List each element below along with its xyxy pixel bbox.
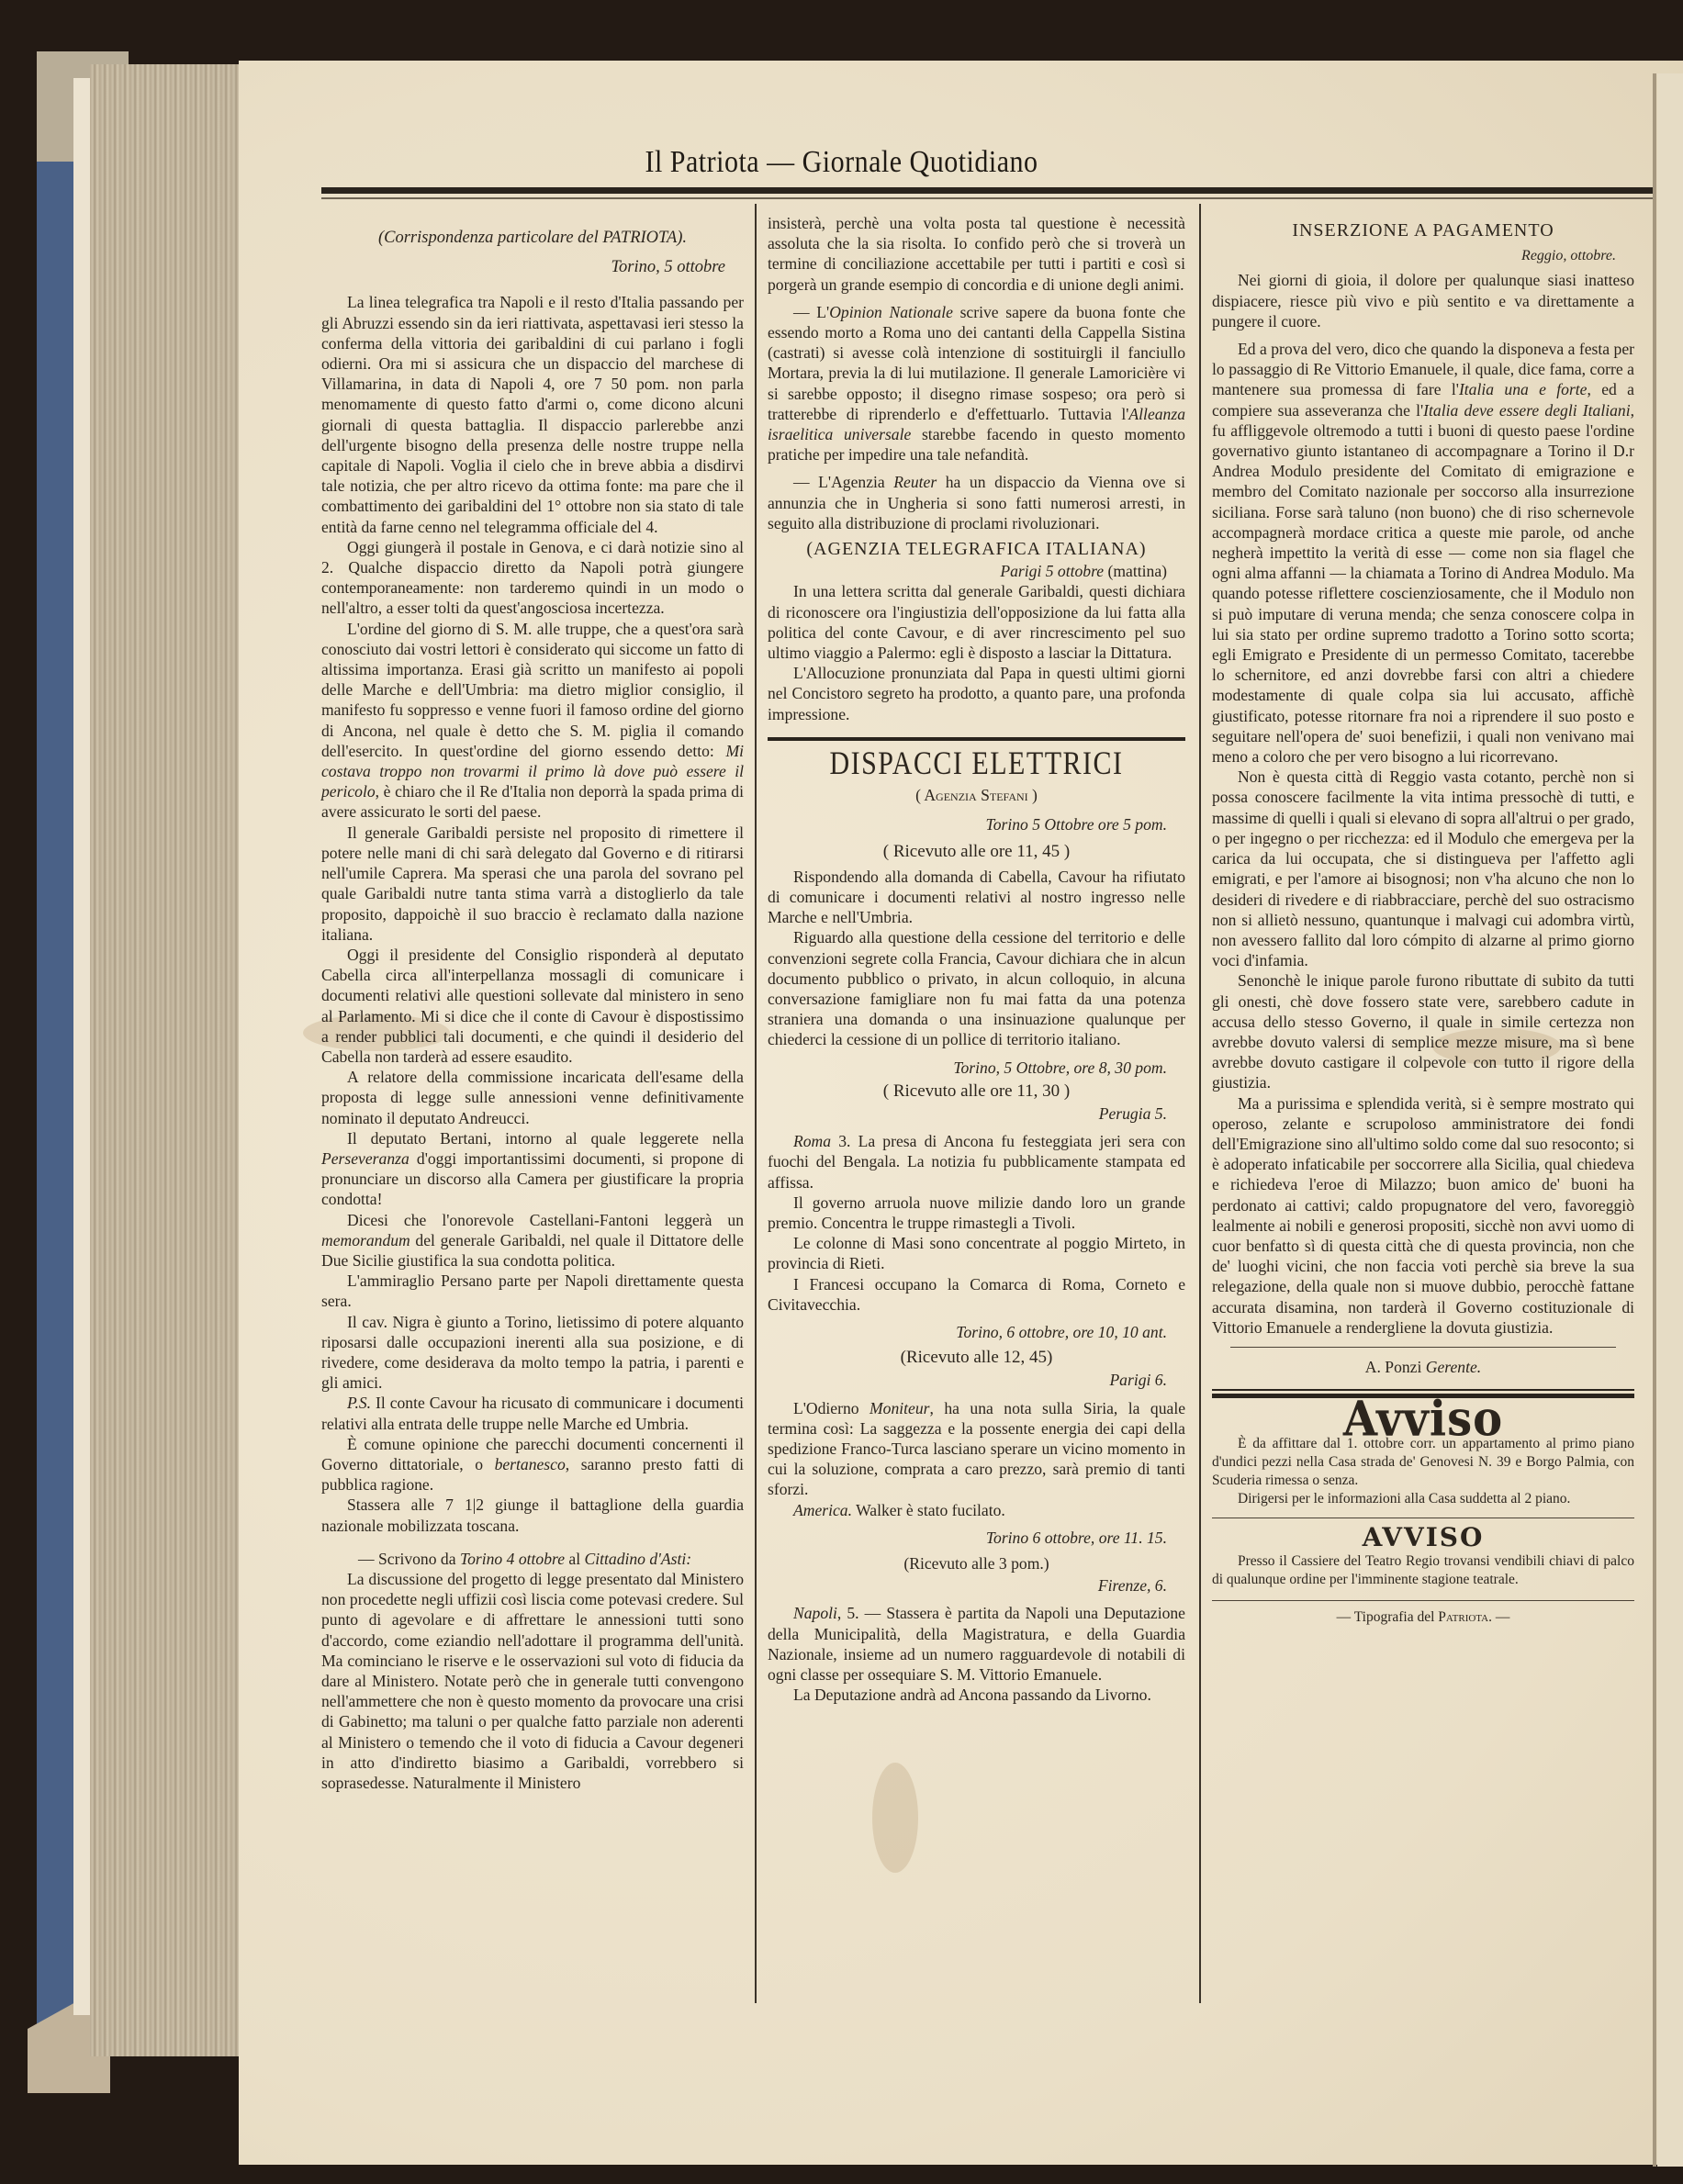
notice-paragraph: Dirigersi per le informazioni alla Casa … [1212,1490,1634,1508]
article-paragraph: Dicesi che l'onorevole Castellani-Fanton… [321,1210,744,1271]
received-time: (Ricevuto alle 3 pom.) [768,1553,1185,1574]
article-paragraph: È comune opinione che parecchi documenti… [321,1434,744,1495]
book-gutter [1653,73,1656,2167]
article-paragraph: L'ammiraglio Persano parte per Napoli di… [321,1271,744,1311]
received-time: (Ricevuto alle 12, 45) [768,1348,1185,1368]
article-paragraph: Ed a prova del vero, dico che quando la … [1212,339,1634,767]
article-paragraph: Oggi giungerà il postale in Genova, e ci… [321,537,744,619]
article-paragraph: L'Allocuzione pronunziata dal Papa in qu… [768,663,1185,724]
article-paragraph: A relatore della commissione incaricata … [321,1067,744,1128]
article-paragraph: La linea telegrafica tra Napoli e il res… [321,292,744,536]
article-paragraph: Ma a purissima e splendida verità, si è … [1212,1093,1634,1338]
dispatch-place: Firenze, 6. [768,1575,1185,1596]
page-edge [73,78,92,2015]
correspondence-heading: (Corrispondenza particolare del PATRIOTA… [321,228,744,248]
dateline: Parigi 5 ottobre (mattina) [768,561,1185,581]
dateline: Reggio, ottobre. [1212,246,1634,266]
article-paragraph: insisterà, perchè una volta posta tal qu… [768,213,1185,295]
column-right: INSERZIONE A PAGAMENTO Reggio, ottobre. … [1212,218,1634,1627]
section-rule [1212,1600,1634,1602]
page-stack-edges [90,64,241,2056]
dateline: Torino, 5 ottobre [321,257,744,277]
received-time: ( Ricevuto alle ore 11, 45 ) [768,842,1185,862]
article-intro: — Scrivono da Torino 4 ottobre al Cittad… [321,1549,744,1569]
dateline: Torino 6 ottobre, ore 11. 15. [768,1528,1185,1548]
article-paragraph: L'ordine del giorno di S. M. alle truppe… [321,619,744,823]
paper-stain [872,1763,918,1873]
notice-heading: AVVISO [1212,1528,1634,1548]
dispatch-paragraph: Rispondendo alla domanda di Cabella, Cav… [768,867,1185,928]
header-rule [321,197,1653,199]
article-paragraph: Il deputato Bertani, intorno al quale le… [321,1128,744,1210]
dispatch-paragraph: Il governo arruola nuove milizie dando l… [768,1193,1185,1233]
dispatch-place: Parigi 6. [768,1370,1185,1390]
section-heading-dispatches: DISPACCI ELETTRICI [768,752,1185,777]
dateline: Torino, 6 ottobre, ore 10, 10 ant. [768,1322,1185,1342]
article-paragraph: Il cav. Nigra è giunto a Torino, lietiss… [321,1312,744,1394]
paid-insertion-heading: INSERZIONE A PAGAMENTO [1212,220,1634,241]
running-head: Il Patriota — Giornale Quotidiano [0,145,1683,180]
dateline: Torino 5 Ottobre ore 5 pom. [768,814,1185,834]
article-paragraph: Non è questa città di Reggio vasta cotan… [1212,767,1634,970]
column-divider [755,204,757,2003]
printer-imprint: — Tipografia del Patriota. — [1212,1608,1634,1627]
column-left: (Corrispondenza particolare del PATRIOTA… [321,218,744,1793]
dispatch-place: Perugia 5. [768,1103,1185,1124]
dispatch-paragraph: I Francesi occupano la Comarca di Roma, … [768,1274,1185,1315]
notice-paragraph: Presso il Cassiere del Teatro Regio trov… [1212,1552,1634,1589]
article-paragraph: Il generale Garibaldi persiste nel propo… [321,823,744,945]
article-paragraph: In una lettera scritta dal generale Gari… [768,581,1185,663]
signature: A. Ponzi Gerente. [1212,1357,1634,1377]
article-paragraph: P.S. Il conte Cavour ha ricusato di comm… [321,1393,744,1433]
dispatch-paragraph: La Deputazione andrà ad Ancona passando … [768,1685,1185,1705]
dispatch-paragraph: America. Walker è stato fucilato. [768,1500,1185,1520]
signature-rule [1230,1347,1616,1349]
article-paragraph: — L'Opinion Nationale scrive sapere da b… [768,302,1185,465]
dispatch-paragraph: L'Odierno Moniteur, ha una nota sulla Si… [768,1398,1185,1500]
section-rule [1212,1518,1634,1519]
agency-heading: (AGENZIA TELEGRAFICA ITALIANA) [768,539,1185,559]
dispatch-paragraph: Le colonne di Masi sono concentrate al p… [768,1233,1185,1273]
article-paragraph: Oggi il presidente del Consiglio rispond… [321,945,744,1067]
article-paragraph: Senonchè le inique parole furono ributta… [1212,970,1634,1092]
header-rule [321,187,1653,194]
article-paragraph: Stassera alle 7 1|2 giunge il battaglion… [321,1495,744,1535]
article-paragraph: La discussione del progetto di legge pre… [321,1569,744,1793]
column-middle: insisterà, perchè una volta posta tal qu… [768,213,1185,1705]
section-rule [768,737,1185,741]
article-paragraph: Nei giorni di gioia, il dolore per qualu… [1212,270,1634,331]
notice-heading: Avviso [1212,1408,1634,1430]
column-divider [1199,204,1201,2003]
dispatch-paragraph: Napoli, 5. — Stassera è partita da Napol… [768,1603,1185,1685]
dateline: Torino, 5 Ottobre, ore 8, 30 pom. [768,1058,1185,1078]
dispatch-paragraph: Riguardo alla questione della cessione d… [768,927,1185,1049]
agency-subheading: ( Agenzia Stefani ) [768,785,1185,805]
received-time: ( Ricevuto alle ore 11, 30 ) [768,1081,1185,1102]
dispatch-paragraph: Roma 3. La presa di Ancona fu festeggiat… [768,1131,1185,1193]
article-paragraph: — L'Agenzia Reuter ha un dispaccio da Vi… [768,472,1185,533]
facing-page-edge [1657,73,1683,2167]
